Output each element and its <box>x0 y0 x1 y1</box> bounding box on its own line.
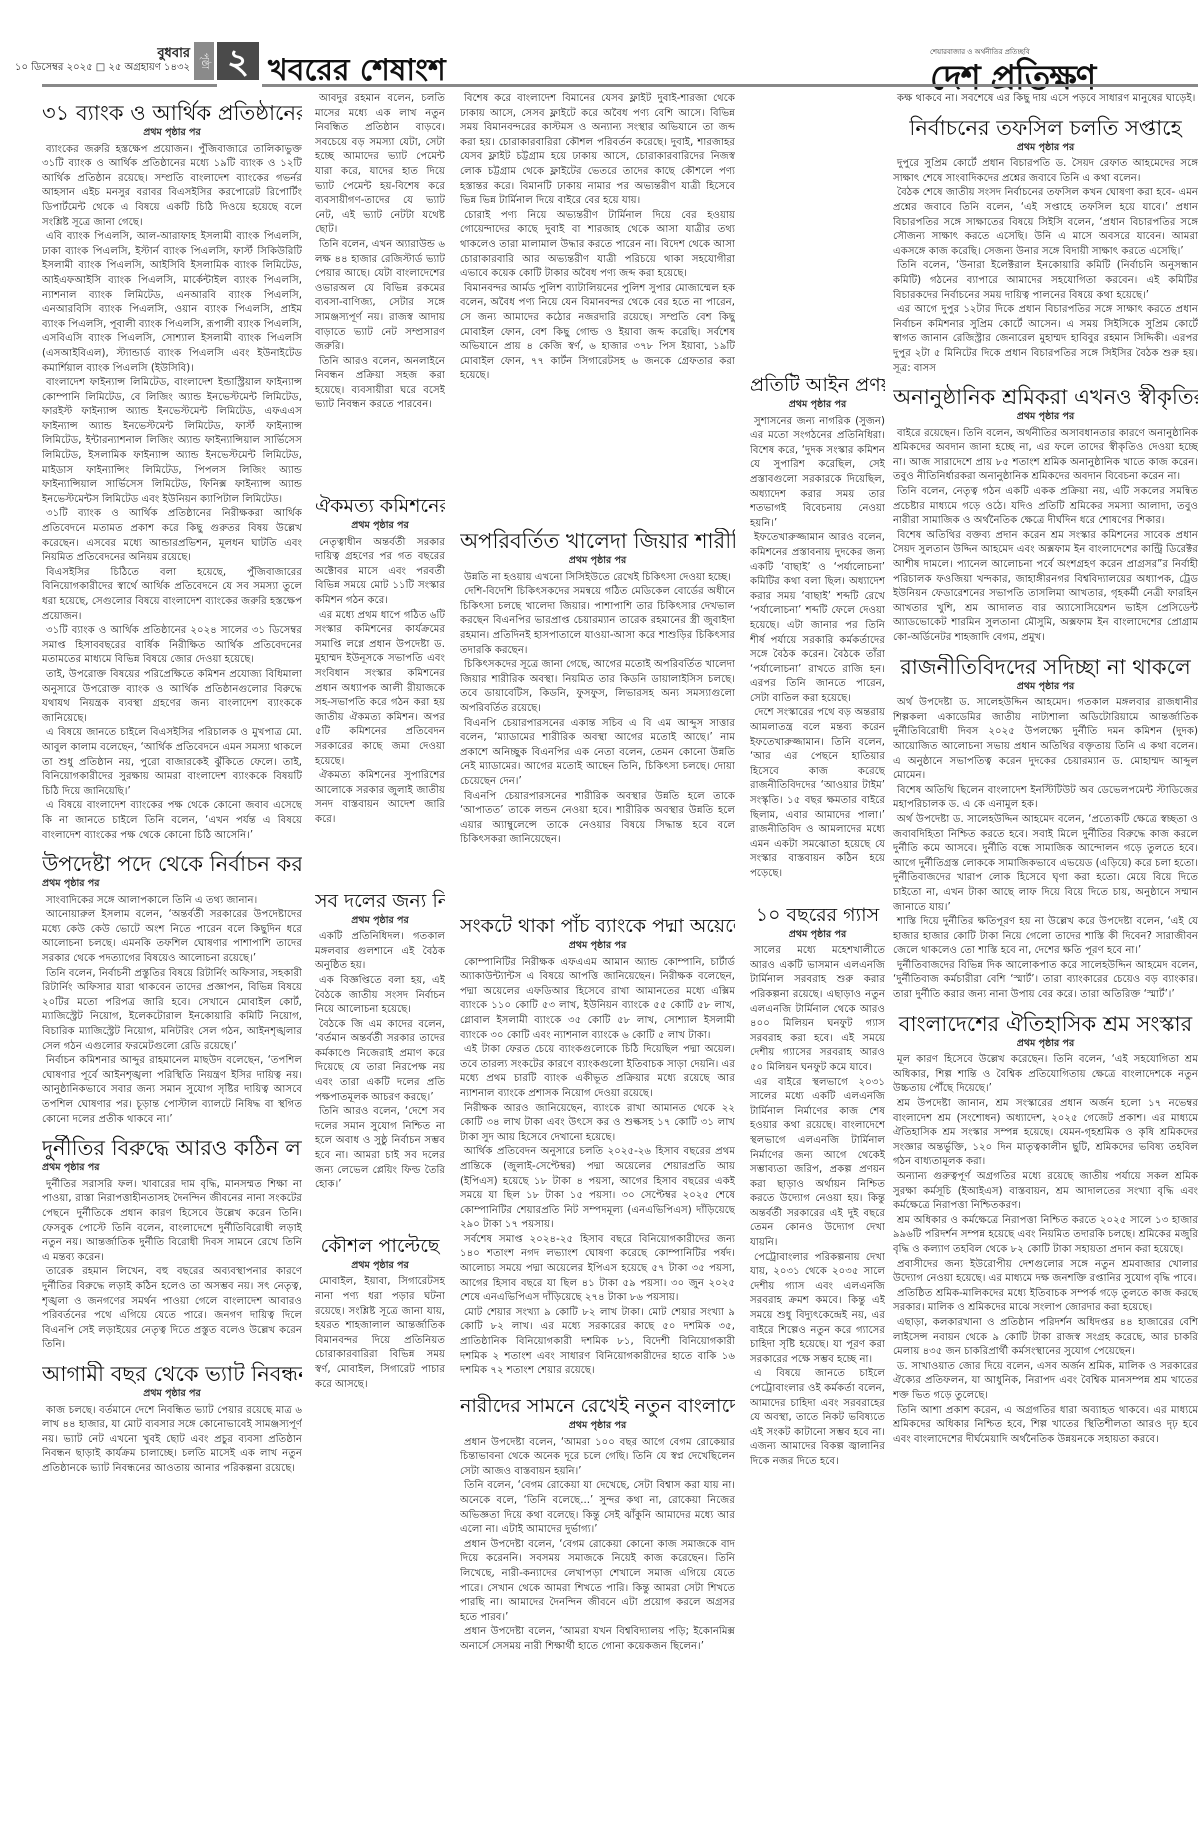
paragraph: বাইরে রয়েছেন। তিনি বলেন, অর্থনীতির অসাব… <box>893 427 1198 485</box>
article-politicians-goodwill: রাজনীতিবিদদের সদিচ্ছা না থাকলে প্রথম পৃষ… <box>893 654 1198 1003</box>
paragraph: সুশাসনের জন্য নাগরিক (সুজন) এর মতো সংগঠন… <box>750 415 885 532</box>
article-corruption-fight: দুর্নীতির বিরুদ্ধে আরও কঠিন লড়াইয়ের প্… <box>42 1135 302 1353</box>
paragraph: প্রবাসীদের জন্য ইউরোপীয় দেশগুলোর সঙ্গে … <box>893 1258 1198 1287</box>
continued-label: প্রথম পৃষ্ঠার পর <box>460 939 735 954</box>
paragraph: মোট শেয়ার সংখ্যা ৯ কোটি ৮২ লাখ টাকা। মো… <box>460 1306 735 1375</box>
paragraph: চিকিৎসকদের সূত্রে জানা গেছে, আগের মতোই অ… <box>460 658 735 716</box>
paragraph: বিএনপি চেয়ারপারসনের একান্ত সচিব এ বি এম… <box>460 717 735 790</box>
continued-label: প্রথম পৃষ্ঠার পর <box>893 1037 1198 1052</box>
paragraph: তিনি আরও বলেন, ‘দেশে সব দলের সমান সুযোগ … <box>315 1105 445 1193</box>
paragraph: একটি প্রতিনিধিদল। গতকাল মঙ্গলবার গুলশানে… <box>315 930 445 974</box>
article-all-party-election: সব দলের জন্য নির্বাচনের প্রথম পৃষ্ঠার পর… <box>315 888 445 1193</box>
paragraph: তিনি বলেন, ‘উনারা ইলেক্টরাল ইনকোয়ারি কম… <box>893 259 1198 303</box>
paragraph: কাজ চলছে। বর্তমানে দেশে নিবন্ধিত ভ্যাট প… <box>42 1404 302 1477</box>
paragraph: বিএসইসির চিঠিতে বলা হয়েছে, পুঁজিবাজারের… <box>42 566 302 624</box>
article-banks31: ৩১ ব্যাংক ও আর্থিক প্রতিষ্ঠানের প্রথম পৃ… <box>42 100 302 843</box>
paragraph: এ বিষয়ে জানতে চাইলে পেট্রোবাংলার ওই কর্… <box>750 1367 885 1469</box>
paragraph: কক্ষ থাকবে না। সবশেষে এর কিছু দায় এসে প… <box>893 92 1198 107</box>
paragraph: তিনি আরও বলেন, অনলাইনে নিবন্ধন প্রক্রিয়… <box>315 355 445 413</box>
paragraph: এই টাকা ফেরত চেয়ে ব্যাংকগুলোকে চিঠি দিয… <box>460 1043 735 1101</box>
paragraph: এর আগে দুপুর ১২টার দিকে প্রধান বিচারপতির… <box>893 303 1198 376</box>
article-labor-reform: বাংলাদেশের ঐতিহাসিক শ্রম সংস্কার প্রথম প… <box>893 1011 1198 1448</box>
header-rule-main <box>262 84 1198 87</box>
publication-date: ১০ ডিসেম্বর ২০২৫ □ ২৫ অগ্রহায়ণ ১৪৩২ <box>15 60 190 77</box>
paragraph: শাস্তি দিয়ে দুর্নীতির ক্ষতিপূরণ হয় না … <box>893 915 1198 959</box>
paragraph: মোবাইল, ইয়াবা, সিগারেটসহ নানা পণ্য ধরা … <box>315 1275 445 1392</box>
continued-label: প্রথম পৃষ্ঠার পর <box>315 1259 445 1274</box>
paragraph: ৩১টি ব্যাংক ও আর্থিক প্রতিষ্ঠানের নিরীক্… <box>42 507 302 565</box>
paragraph: দুপুরে সুপ্রিম কোর্টে প্রধান বিচারপতি ড.… <box>893 157 1198 186</box>
headline: দুর্নীতির বিরুদ্ধে আরও কঠিন লড়াইয়ের <box>42 1135 302 1161</box>
paragraph: দুর্নীতির সরাসরি ফল। খাবারের দাম বৃদ্ধি,… <box>42 1178 302 1266</box>
paragraph: তিনি বলেন, ‘বেগম রোকেয়া যা দেখেছে, সেটা… <box>460 1479 735 1537</box>
column-2: আবদুর রহমান বলেন, চলতি মাসের মধ্যে এক লা… <box>315 92 445 1792</box>
article-adviser-election: উপদেষ্টা পদে থেকে নির্বাচন করা যাবে প্রথ… <box>42 851 302 1127</box>
paragraph: দেশি-বিদেশি চিকিৎসকদের সমন্বয়ে গঠিত মেড… <box>460 585 735 658</box>
paragraph: চোরাই পণ্য নিয়ে অভ্যন্তরীণ টার্মিনাল দি… <box>460 209 735 282</box>
paragraph: শ্রম উপদেষ্টা জানান, শ্রম সংস্কারের প্রধ… <box>893 1097 1198 1170</box>
headline: ১০ বছরের গ্যাস <box>750 902 885 928</box>
headline: প্রতিটি আইন প্রণয়নের <box>750 372 885 398</box>
headline: নির্বাচনের তফসিল চলতি সপ্তাহে <box>893 115 1198 141</box>
paragraph: তাই, উপরোক্ত বিষয়ের পরিপ্রেক্ষিতে কমিশন… <box>42 668 302 726</box>
paragraph: আবদুর রহমান বলেন, চলতি মাসের মধ্যে এক লা… <box>315 92 445 238</box>
continued-label: প্রথম পৃষ্ঠার পর <box>893 680 1198 695</box>
headline: অনানুষ্ঠানিক শ্রমিকরা এখনও স্বীকৃতির <box>893 384 1198 410</box>
paragraph: বিশেষ অতিথি ছিলেন বাংলাদেশ ইনস্টিটিউট অব… <box>893 784 1198 813</box>
paragraph: শ্রম অধিকার ও কর্মক্ষেত্রে নিরাপত্তা নিশ… <box>893 1214 1198 1258</box>
section-title: খবরের শেষাংশ <box>268 46 446 97</box>
article-five-banks-padma: সংকটে থাকা পাঁচ ব্যাংকে পদ্মা অয়েলের প্… <box>460 905 735 1375</box>
headline: ঐকমত্য কমিশনের <box>315 493 445 519</box>
paragraph: পেট্রোবাংলার পরিকল্পনায় দেখা যায়, ২০৩১… <box>750 1251 885 1368</box>
paragraph: তিনি বলেন, নেতৃত্ব গঠন একটি একক প্রক্রিয… <box>893 485 1198 529</box>
paragraph: প্রতিষ্ঠিত শ্রমিক-মালিকদের মধ্যে ইতিবাচক… <box>893 1287 1198 1316</box>
paragraph: এছাড়া, কলকারখানা ও প্রতিষ্ঠান পরিদর্শন … <box>893 1316 1198 1360</box>
article-informal-workers: অনানুষ্ঠানিক শ্রমিকরা এখনও স্বীকৃতির প্র… <box>893 384 1198 646</box>
paragraph: বিমানবন্দর আর্মড পুলিশ ব্যাটালিয়নের পুল… <box>460 282 735 384</box>
paragraph: তিনি বলেন, নির্বাচনী প্রস্তুতির বিষয়ে র… <box>42 967 302 1055</box>
paragraph: এবি ব্যাংক পিএলসি, আল-আরাফাহ ইসলামী ব্যা… <box>42 230 302 376</box>
paragraph: বাংলাদেশ ফাইন্যান্স লিমিটেড, বাংলাদেশ ইন… <box>42 376 302 507</box>
article-gas-ten-years: ১০ বছরের গ্যাস প্রথম পৃষ্ঠার পর সালের মধ… <box>750 902 885 1470</box>
paragraph: বৈঠকে জি এম কাদের বলেন, ‘বর্তমান অন্তর্ব… <box>315 1018 445 1106</box>
header-rule-left <box>42 84 217 87</box>
paragraph: ইফতেখারুজ্জামান আরও বলেন, কমিশনের প্রস্ত… <box>750 531 885 706</box>
paragraph: নেতৃত্বাধীন অন্তর্বর্তী সরকার দায়িত্ব গ… <box>315 536 445 609</box>
paragraph: আর্থিক প্রতিবেদন অনুসারে চলতি ২০২৫-২৬ হি… <box>460 1145 735 1233</box>
page-number: ২ <box>217 42 259 80</box>
continued-label: প্রথম পৃষ্ঠার পর <box>750 398 885 413</box>
headline: সব দলের জন্য নির্বাচনের <box>315 888 445 914</box>
paragraph: অর্থ উপদেষ্টা ড. সালেহউদ্দিন আহমেদ। গতকা… <box>893 696 1198 784</box>
article-new-bangladesh-women: নারীদের সামনে রেখেই নতুন বাংলাদেশ প্রথম … <box>460 1385 735 1835</box>
paragraph: নির্বাচন কমিশনার আব্দুর রাহমানেল মাছউদ ব… <box>42 1054 302 1127</box>
continued-label: প্রথম পৃষ্ঠার পর <box>460 1419 735 1434</box>
paragraph: আনোয়ারুল ইসলাম বলেন, ‘অন্তর্বর্তী সরকার… <box>42 908 302 966</box>
headline: বাংলাদেশের ঐতিহাসিক শ্রম সংস্কার <box>893 1011 1198 1037</box>
article-anti-corruption-law: প্রতিটি আইন প্রণয়নের প্রথম পৃষ্ঠার পর স… <box>750 372 885 882</box>
headline: আগামী বছর থেকে ভ্যাট নিবন্ধন ছাড়া <box>42 1361 302 1387</box>
masthead: বুধবার ১০ ডিসেম্বর ২০২৫ □ ২৫ অগ্রহায়ণ ১… <box>0 0 1200 70</box>
paragraph: প্রধান উপদেষ্টা বলেন, ‘আমরা যখন বিশ্ববিদ… <box>460 1625 735 1654</box>
continued-label: প্রথম পৃষ্ঠার পর <box>42 1387 302 1402</box>
continued-label: প্রথম পৃষ্ঠার পর <box>893 410 1198 425</box>
paragraph: এ বিষয়ে বাংলাদেশ ব্যাংকের পক্ষ থেকে কোন… <box>42 799 302 843</box>
paragraph: দেশে সংস্কারের পথে বড় অন্তরায় আমলাতন্ত… <box>750 706 885 881</box>
paragraph: প্রধান উপদেষ্টা বলেন, ‘আমরা ১০০ বছর আগে … <box>460 1436 735 1480</box>
continued-label: প্রথম পৃষ্ঠার পর <box>893 141 1198 156</box>
paragraph: সালের মধ্যে মহেশখালীতে আরও একটি ভাসমান এ… <box>750 944 885 1075</box>
paragraph: নিরীক্ষক আরও জানিয়েছেন, ব্যাংকে রাখা আম… <box>460 1102 735 1146</box>
continued-label: প্রথম পৃষ্ঠার পর <box>42 126 302 141</box>
paragraph: বিশেষ করে বাংলাদেশ বিমানের যেসব ফ্লাইট দ… <box>460 92 735 209</box>
continued-label: প্রথম পৃষ্ঠার পর <box>315 914 445 929</box>
column-1: ৩১ ব্যাংক ও আর্থিক প্রতিষ্ঠানের প্রথম পৃ… <box>42 92 302 1792</box>
headline: ৩১ ব্যাংক ও আর্থিক প্রতিষ্ঠানের <box>42 100 302 126</box>
paragraph: ড. সাখাওয়াত জোর দিয়ে বলেন, এসব অর্জন শ… <box>893 1360 1198 1404</box>
column-5: প্রতিটি আইন প্রণয়নের প্রথম পৃষ্ঠার পর স… <box>750 92 885 1792</box>
headline: রাজনীতিবিদদের সদিচ্ছা না থাকলে <box>893 654 1198 680</box>
paragraph: এর বাইরে স্থলভাগে ২০৩১ সালের মধ্যে একটি … <box>750 1076 885 1251</box>
continued-label: প্রথম পৃষ্ঠার পর <box>315 519 445 534</box>
article-smuggling-tactics: কৌশল পাল্টেছে প্রথম পৃষ্ঠার পর মোবাইল, ই… <box>315 1233 445 1392</box>
page-label: পৃষ্ঠা <box>194 42 214 80</box>
continued-label: প্রথম পৃষ্ঠার পর <box>750 928 885 943</box>
article-vat-registration: আগামী বছর থেকে ভ্যাট নিবন্ধন ছাড়া প্রথম… <box>42 1361 302 1477</box>
paragraph: অর্থ উপদেষ্টা ড. সালেহউদ্দিন আহমেদ বলেন,… <box>893 813 1198 915</box>
headline: উপদেষ্টা পদে থেকে নির্বাচন করা যাবে <box>42 851 302 877</box>
paragraph: এর মধ্যে প্রথম ধাপে গঠিত ৬টি সংস্কার কমি… <box>315 609 445 770</box>
paragraph: তারেক রহমান লিখেন, বহু বছরের অব্যবস্থাপন… <box>42 1265 302 1353</box>
paragraph: উন্নতি না হওয়ায় এখনো সিসিইউতে রেখেই চি… <box>460 571 735 586</box>
headline: কৌশল পাল্টেছে <box>315 1233 445 1259</box>
article-election-schedule: নির্বাচনের তফসিল চলতি সপ্তাহে প্রথম পৃষ্… <box>893 115 1198 377</box>
column-6: কক্ষ থাকবে না। সবশেষে এর কিছু দায় এসে প… <box>893 92 1198 1792</box>
headline: অপরিবর্তিত খালেদা জিয়ার শারীরিক <box>460 528 735 554</box>
paragraph: অন্যান্য গুরুত্বপূর্ণ অগ্রগতির মধ্যে রয়… <box>893 1170 1198 1214</box>
paragraph: তিনি বলেন, এখন অ্যারাউন্ড ৬ লক্ষ ৪৪ হাজা… <box>315 238 445 355</box>
article-consensus-commission: ঐকমত্য কমিশনের প্রথম পৃষ্ঠার পর নেতৃত্বা… <box>315 493 445 827</box>
paragraph: বৈঠক শেষে জাতীয় সংসদ নির্বাচনের তফসিল ক… <box>893 186 1198 259</box>
continued-label: প্রথম পৃষ্ঠার পর <box>42 1161 302 1176</box>
paragraph: বিশেষ অতিথির বক্তব্য প্রদান করেন শ্রম সং… <box>893 529 1198 646</box>
paragraph: দুর্নীতিবাজদের বিভিন্ন দিক আলোকপাত করে স… <box>893 959 1198 1003</box>
paragraph: তিনি আশা প্রকাশ করেন, এ অগ্রগতির ধারা অব… <box>893 1404 1198 1448</box>
paragraph: এ বিষয়ে জানতে চাইলে বিএসইসির পরিচালক ও … <box>42 726 302 799</box>
paragraph: ব্যাংকের জরুরি হস্তক্ষেপ প্রয়োজন। পুঁজি… <box>42 143 302 231</box>
headline: সংকটে থাকা পাঁচ ব্যাংকে পদ্মা অয়েলের <box>460 913 735 939</box>
paragraph: সর্বশেষ সমাপ্ত ২০২৪-২৫ হিসাব বছরে বিনিয়… <box>460 1233 735 1306</box>
continued-label: প্রথম পৃষ্ঠার পর <box>42 877 302 892</box>
paragraph: প্রধান উপদেষ্টা বলেন, ‘বেগম রোকেয়া কোনো… <box>460 1538 735 1626</box>
headline: নারীদের সামনে রেখেই নতুন বাংলাদেশ <box>460 1393 735 1419</box>
continued-label: প্রথম পৃষ্ঠার পর <box>460 554 735 569</box>
paragraph: ৩১টি ব্যাংক ও আর্থিক প্রতিষ্ঠানের ২০২৪ স… <box>42 624 302 668</box>
paragraph: কোম্পানিটির নিরীক্ষক এফএএম আমান অ্যান্ড … <box>460 956 735 1044</box>
paragraph: এক বিজ্ঞপ্তিতে বলা হয়, এই বৈঠকে জাতীয় … <box>315 974 445 1018</box>
column-3: বিশেষ করে বাংলাদেশ বিমানের যেসব ফ্লাইট দ… <box>460 92 735 512</box>
paragraph: সাংবাদিকের সঙ্গে আলাপকালে তিনি এ তথ্য জা… <box>42 894 302 909</box>
paragraph: মূল কারণ হিসেবে উল্লেখ করেছেন। তিনি বলেন… <box>893 1053 1198 1097</box>
paragraph: ঐকমত্য কমিশনের সুপারিশের আলোকে সরকার জুল… <box>315 769 445 827</box>
paragraph: বিএনপি চেয়ারপারসনের শারীরিক অবস্থার উন্… <box>460 790 735 848</box>
article-khaleda-health: অপরিবর্তিত খালেদা জিয়ার শারীরিক প্রথম প… <box>460 520 735 900</box>
